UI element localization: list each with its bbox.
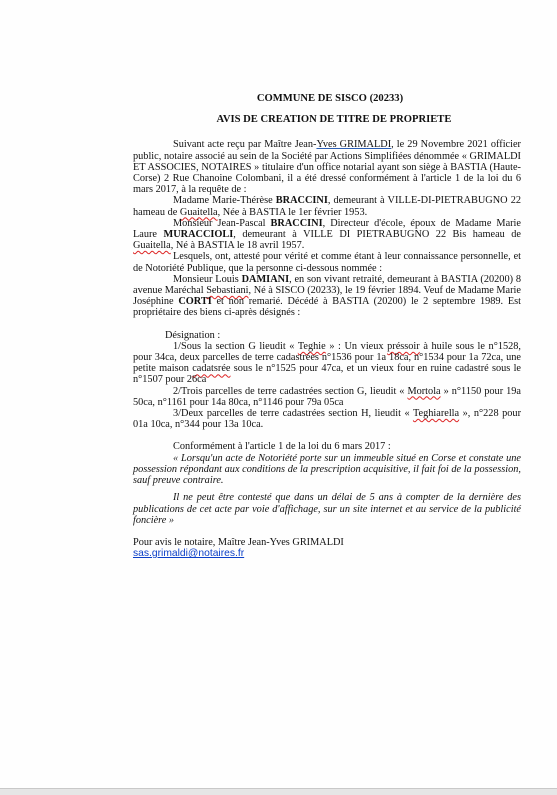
deceased-paragraph: Monsieur Louis DAMIANI, en son vivant re…: [133, 274, 521, 319]
commune-title: COMMUNE DE SISCO (20233): [133, 93, 521, 104]
street-name: Sebastiani: [206, 285, 248, 296]
designation-item-2: 2/Trois parcelles de terre cadastrées se…: [133, 386, 521, 408]
document-page: COMMUNE DE SISCO (20233) AVIS DE CREATIO…: [0, 0, 557, 788]
requester-1-surname: BRACCINI: [276, 195, 328, 206]
deceased-spouse-surname: CORTI: [178, 296, 211, 307]
place-name: Guaitella: [180, 207, 218, 218]
law-intro: Conformément à l'article 1 de la loi du …: [133, 441, 521, 452]
law-quote-2: Il ne peut être contesté que dans un dél…: [133, 492, 521, 526]
attestation-paragraph: Lesquels, ont, attesté pour vérité et co…: [133, 251, 521, 273]
designation-label: Désignation :: [133, 330, 521, 341]
designation-item-1: 1/Sous la section G lieudit « Teghie » :…: [133, 341, 521, 386]
place-name: Guaitella: [133, 240, 171, 251]
intro-paragraph: Suivant acte reçu par Maître Jean-Yves G…: [133, 139, 521, 195]
document-body: COMMUNE DE SISCO (20233) AVIS DE CREATIO…: [133, 93, 521, 559]
law-quote-1: « Lorsqu'un acte de Notoriété porte sur …: [133, 453, 521, 487]
requester-1: Madame Marie-Thérèse BRACCINI, demeurant…: [133, 195, 521, 217]
requester-2-surname: BRACCINI: [271, 218, 323, 229]
notary-name: Yves GRIMALDI: [316, 139, 391, 150]
deceased-surname: DAMIANI: [242, 274, 289, 285]
requester-2: Monsieur Jean-Pascal BRACCINI, Directeur…: [133, 218, 521, 252]
email-link[interactable]: sas.grimaldi@notaires.fr: [133, 548, 244, 559]
signature-line: Pour avis le notaire, Maître Jean-Yves G…: [133, 537, 521, 548]
bottom-scroll-bar: [0, 788, 557, 795]
notice-title: AVIS DE CREATION DE TITRE DE PROPRIETE: [133, 114, 521, 125]
spouse-surname: MURACCIOLI: [163, 229, 233, 240]
designation-item-3: 3/Deux parcelles de terre cadastrées sec…: [133, 408, 521, 430]
